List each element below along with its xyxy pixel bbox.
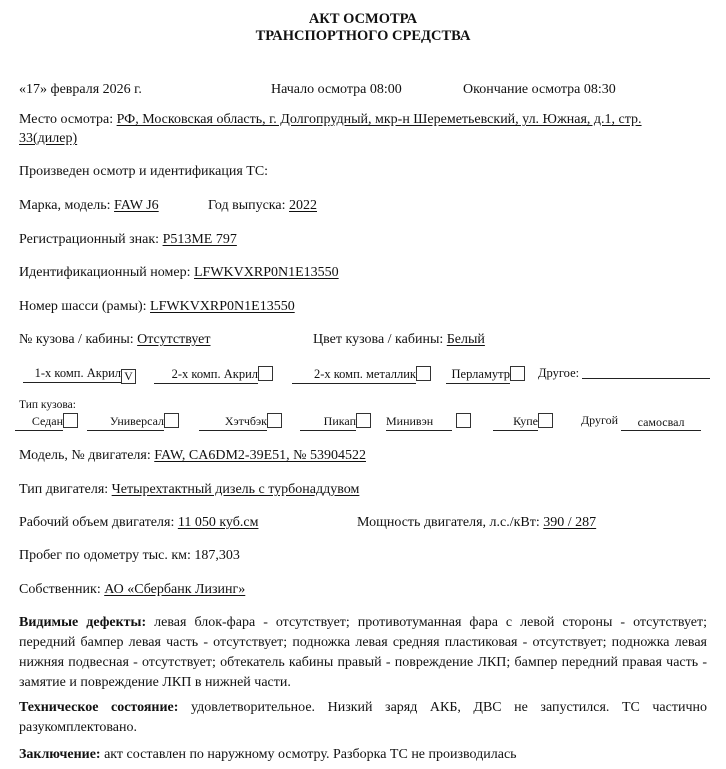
body-number-row: № кузова / кабины: Отсутствует — [19, 332, 211, 348]
document-title-line1: АКТ ОСМОТРА — [0, 11, 726, 28]
power-row: Мощность двигателя, л.с./кВт: 390 / 287 — [357, 515, 596, 531]
paint-option-1k-acrylic: 1-х комп. АкрилV — [23, 366, 136, 384]
paint-option-2k-acrylic: 2-х комп. Акрил — [154, 366, 273, 384]
start-time: 08:00 — [370, 82, 402, 97]
body-type-option-label: Универсал — [87, 414, 164, 431]
odometer-value: 187,303 — [194, 548, 240, 563]
owner-label: Собственник: — [19, 582, 101, 597]
checkbox[interactable] — [538, 413, 553, 428]
body-type-other: Другой самосвал — [581, 413, 701, 431]
engine-model-row: Модель, № двигателя: FAW, CA6DM2-39E51, … — [19, 448, 366, 464]
conclusion: Заключение: акт составлен по наружному о… — [19, 745, 707, 765]
body-color-row: Цвет кузова / кабины: Белый — [313, 332, 485, 348]
reg-sign-row: Регистрационный знак: Р513МЕ 797 — [19, 232, 237, 248]
vin-row: Идентификационный номер: LFWKVXRP0N1E135… — [19, 265, 339, 281]
inspection-intro: Произведен осмотр и идентификация ТС: — [19, 164, 268, 180]
paint-other-label: Другое: — [538, 366, 579, 380]
body-type-other-field[interactable]: самосвал — [621, 415, 701, 431]
paint-option-label: 1-х комп. Акрил — [23, 366, 121, 383]
year-label: Год выпуска: — [208, 198, 286, 213]
body-type-hatchback: Хэтчбэк — [199, 413, 282, 431]
odometer-label: Пробег по одометру тыс. км: — [19, 548, 191, 563]
body-type-option-label: Хэтчбэк — [199, 414, 267, 431]
paint-option-label: 2-х комп. Акрил — [154, 367, 258, 384]
checkbox[interactable]: V — [121, 369, 136, 384]
chassis-row: Номер шасси (рамы): LFWKVXRP0N1E13550 — [19, 299, 295, 315]
body-type-pickup: Пикап — [300, 413, 371, 431]
defects-label: Видимые дефекты: — [19, 615, 146, 630]
body-color-label: Цвет кузова / кабины: — [313, 332, 443, 347]
checkbox[interactable] — [258, 366, 273, 381]
paint-option-2k-metallic: 2-х комп. металлик — [292, 366, 431, 384]
engine-model-label: Модель, № двигателя: — [19, 448, 151, 463]
make-model-label: Марка, модель: — [19, 198, 111, 213]
conclusion-label: Заключение: — [19, 747, 101, 762]
body-type-option-label: Купе — [493, 414, 538, 431]
place-value: РФ, Московская область, г. Долгопрудный,… — [117, 112, 642, 127]
checkbox[interactable] — [164, 413, 179, 428]
displacement-row: Рабочий объем двигателя: 11 050 куб.см — [19, 515, 258, 531]
vin-value: LFWKVXRP0N1E13550 — [194, 265, 339, 280]
make-model-row: Марка, модель: FAW J6 — [19, 198, 159, 214]
reg-sign-label: Регистрационный знак: — [19, 232, 159, 247]
checkbox[interactable] — [416, 366, 431, 381]
place-row: Место осмотра: РФ, Московская область, г… — [19, 112, 642, 128]
body-type-wagon: Универсал — [87, 413, 179, 431]
inspection-end: Окончание осмотра 08:30 — [463, 82, 616, 98]
inspection-date: «17» февраля 2026 г. — [19, 82, 142, 98]
end-label: Окончание осмотра — [463, 82, 580, 97]
end-time: 08:30 — [584, 82, 616, 97]
reg-sign-value: Р513МЕ 797 — [163, 232, 237, 247]
engine-type-value: Четырехтактный дизель с турбонаддувом — [112, 482, 360, 497]
make-model-value: FAW J6 — [114, 198, 159, 213]
paint-option-label: Перламутр — [446, 367, 510, 384]
technical-condition: Техническое состояние: удовлетворительно… — [19, 698, 707, 738]
paint-other-field[interactable] — [582, 378, 710, 379]
start-label: Начало осмотра — [271, 82, 366, 97]
checkbox[interactable] — [356, 413, 371, 428]
displacement-label: Рабочий объем двигателя: — [19, 515, 174, 530]
checkbox[interactable] — [63, 413, 78, 428]
paint-option-pearl: Перламутр — [446, 366, 525, 384]
body-type-option-label: Пикап — [300, 414, 356, 431]
vin-label: Идентификационный номер: — [19, 265, 190, 280]
year-row: Год выпуска: 2022 — [208, 198, 317, 214]
checkbox[interactable] — [267, 413, 282, 428]
body-color-value: Белый — [447, 332, 485, 347]
inspection-start: Начало осмотра 08:00 — [271, 82, 402, 98]
owner-value: АО «Сбербанк Лизинг» — [104, 582, 245, 597]
conclusion-text: акт составлен по наружному осмотру. Разб… — [104, 747, 516, 762]
body-type-option-label: Минивэн — [386, 414, 452, 431]
engine-model-value: FAW, CA6DM2-39E51, № 53904522 — [154, 448, 366, 463]
body-type-minivan: Минивэн — [386, 413, 471, 431]
chassis-label: Номер шасси (рамы): — [19, 299, 147, 314]
document-title-line2: ТРАНСПОРТНОГО СРЕДСТВА — [0, 28, 726, 45]
checkbox[interactable] — [510, 366, 525, 381]
paint-option-label: 2-х комп. металлик — [292, 367, 416, 384]
power-label: Мощность двигателя, л.с./кВт: — [357, 515, 540, 530]
displacement-value: 11 050 куб.см — [178, 515, 259, 530]
body-type-other-label: Другой — [581, 413, 618, 427]
condition-label: Техническое состояние: — [19, 700, 178, 715]
engine-type-row: Тип двигателя: Четырехтактный дизель с т… — [19, 482, 359, 498]
checkbox[interactable] — [456, 413, 471, 428]
odometer-row: Пробег по одометру тыс. км: 187,303 — [19, 548, 240, 564]
place-value-continued: 33(дилер) — [19, 131, 77, 146]
engine-type-label: Тип двигателя: — [19, 482, 108, 497]
body-number-value: Отсутствует — [137, 332, 210, 347]
owner-row: Собственник: АО «Сбербанк Лизинг» — [19, 582, 245, 598]
chassis-value: LFWKVXRP0N1E13550 — [150, 299, 295, 314]
visible-defects: Видимые дефекты: левая блок-фара - отсут… — [19, 613, 707, 693]
place-row-continued: 33(дилер) — [19, 131, 77, 147]
body-type-option-label: Седан — [15, 414, 63, 431]
body-type-label: Тип кузова: — [19, 399, 76, 411]
body-type-coupe: Купе — [493, 413, 553, 431]
body-type-sedan: Седан — [15, 413, 78, 431]
power-value: 390 / 287 — [543, 515, 596, 530]
place-label: Место осмотра: — [19, 112, 113, 127]
paint-option-other: Другое: — [538, 366, 710, 381]
year-value: 2022 — [289, 198, 317, 213]
body-number-label: № кузова / кабины: — [19, 332, 134, 347]
